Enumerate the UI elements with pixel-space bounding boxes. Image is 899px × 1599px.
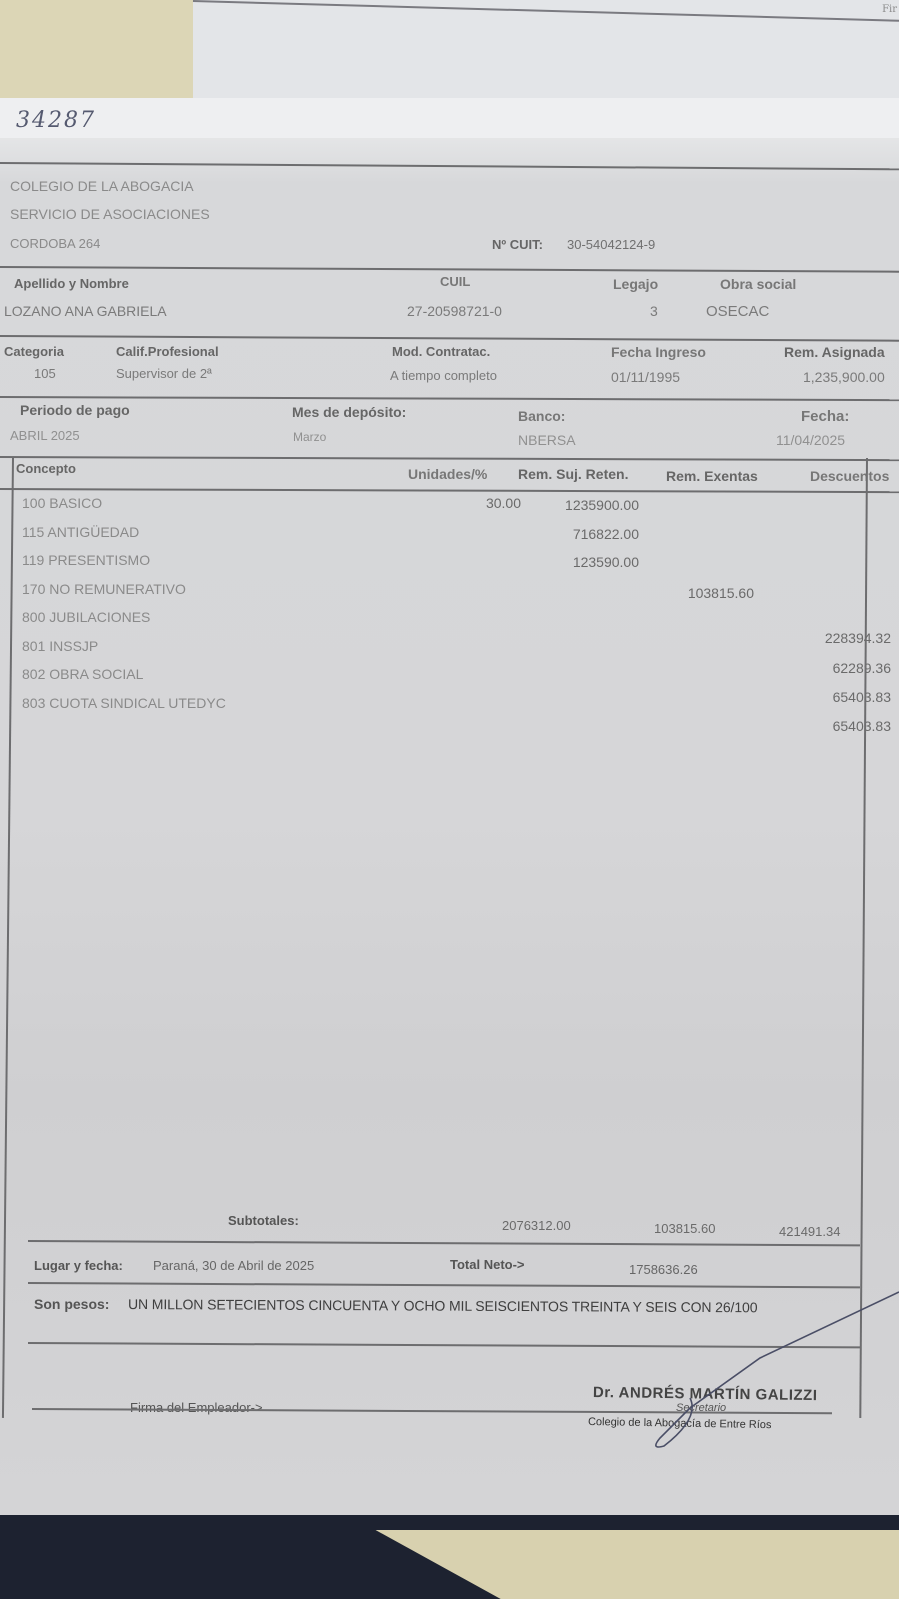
cell-unidades: 30.00 <box>486 495 521 511</box>
mes-deposito-label: Mes de depósito: <box>292 404 406 420</box>
total-neto-value: 1758636.26 <box>629 1262 698 1277</box>
employer-department: SERVICIO DE ASOCIACIONES <box>10 206 210 222</box>
lugar-fecha-label: Lugar y fecha: <box>34 1258 123 1273</box>
header-descuentos: Descuentos <box>810 468 889 484</box>
firma-empleador-label: Firma del Empleador-> <box>130 1400 263 1415</box>
cell-concepto: 802 OBRA SOCIAL <box>22 666 143 682</box>
cuil-label: CUIL <box>440 274 470 289</box>
rem-asignada-value: 1,235,900.00 <box>803 369 885 385</box>
legajo-label: Legajo <box>613 276 658 292</box>
periodo-label: Periodo de pago <box>20 402 130 418</box>
cell-descuentos: 62289.36 <box>833 660 891 676</box>
cell-concepto: 119 PRESENTISMO <box>22 552 150 568</box>
modalidad-value: A tiempo completo <box>390 368 497 383</box>
son-pesos-label: Son pesos: <box>34 1296 109 1312</box>
subtotal-rem-suj: 2076312.00 <box>502 1218 571 1233</box>
handwritten-note: 34287 <box>16 108 96 133</box>
cell-concepto: 803 CUOTA SINDICAL UTEDYC <box>22 695 226 711</box>
obra-social-value: OSECAC <box>706 303 769 320</box>
cuil-value: 27-20598721-0 <box>407 303 502 319</box>
cell-descuentos: 65403.83 <box>833 689 891 705</box>
total-neto-label: Total Neto-> <box>450 1257 525 1272</box>
employer-name: COLEGIO DE LA ABOGACIA <box>10 178 194 194</box>
subtotal-descuentos: 421491.34 <box>779 1224 840 1239</box>
cuit-value: 30-54042124-9 <box>567 237 655 252</box>
background-surface <box>0 0 200 100</box>
categoria-label: Categoria <box>4 344 64 359</box>
modalidad-label: Mod. Contratac. <box>392 344 490 359</box>
header-rem-suj-reten: Rem. Suj. Reten. <box>518 466 628 482</box>
subtotales-label: Subtotales: <box>228 1213 299 1228</box>
cell-concepto: 115 ANTIGÜEDAD <box>22 524 139 540</box>
cell-rem-suj: 123590.00 <box>573 554 639 570</box>
cell-rem-exentas: 103815.60 <box>688 585 754 601</box>
signer-institution: Colegio de la Abogacía de Entre Ríos <box>588 1416 772 1431</box>
legajo-value: 3 <box>650 303 658 319</box>
employer-address: CORDOBA 264 <box>10 236 100 251</box>
cell-rem-suj: 1235900.00 <box>565 497 639 513</box>
categoria-value: 105 <box>34 366 56 381</box>
fecha-label: Fecha: <box>801 408 849 425</box>
banco-label: Banco: <box>518 408 565 424</box>
calif-profesional-value: Supervisor de 2ª <box>116 366 212 381</box>
rem-asignada-label: Rem. Asignada <box>784 344 885 360</box>
obra-social-label: Obra social <box>720 276 796 292</box>
fecha-value: 11/04/2025 <box>776 432 845 448</box>
cell-concepto: 800 JUBILACIONES <box>22 609 150 625</box>
cell-concepto: 100 BASICO <box>22 495 102 511</box>
subtotal-rem-exentas: 103815.60 <box>654 1221 715 1236</box>
banco-value: NBERSA <box>518 432 576 448</box>
cuit-label: Nº CUIT: <box>492 237 543 252</box>
cell-concepto: 801 INSSJP <box>22 638 98 654</box>
header-concepto: Concepto <box>16 461 76 476</box>
son-pesos-value: UN MILLON SETECIENTOS CINCUENTA Y OCHO M… <box>128 1296 758 1315</box>
header-unidades: Unidades/% <box>408 466 487 482</box>
background-sheet-text: Fir <box>882 4 897 15</box>
fecha-ingreso-value: 01/11/1995 <box>611 369 680 385</box>
employee-name-label: Apellido y Nombre <box>14 276 129 291</box>
payslip-document: 34287 COLEGIO DE LA ABOGACIA SERVICIO DE… <box>0 98 899 1520</box>
cell-descuentos: 65403.83 <box>833 718 891 734</box>
background-sheet: Fir <box>193 0 899 100</box>
lugar-fecha-value: Paraná, 30 de Abril de 2025 <box>153 1258 314 1273</box>
periodo-value: ABRIL 2025 <box>10 428 80 443</box>
fecha-ingreso-label: Fecha Ingreso <box>611 344 706 360</box>
header-rem-exentas: Rem. Exentas <box>666 468 758 484</box>
cell-concepto: 170 NO REMUNERATIVO <box>22 581 186 597</box>
cell-descuentos: 228394.32 <box>825 630 891 646</box>
mes-deposito-value: Marzo <box>293 430 326 444</box>
cell-rem-suj: 716822.00 <box>573 526 639 542</box>
employee-name-value: LOZANO ANA GABRIELA <box>4 303 167 319</box>
calif-profesional-label: Calif.Profesional <box>116 344 219 359</box>
